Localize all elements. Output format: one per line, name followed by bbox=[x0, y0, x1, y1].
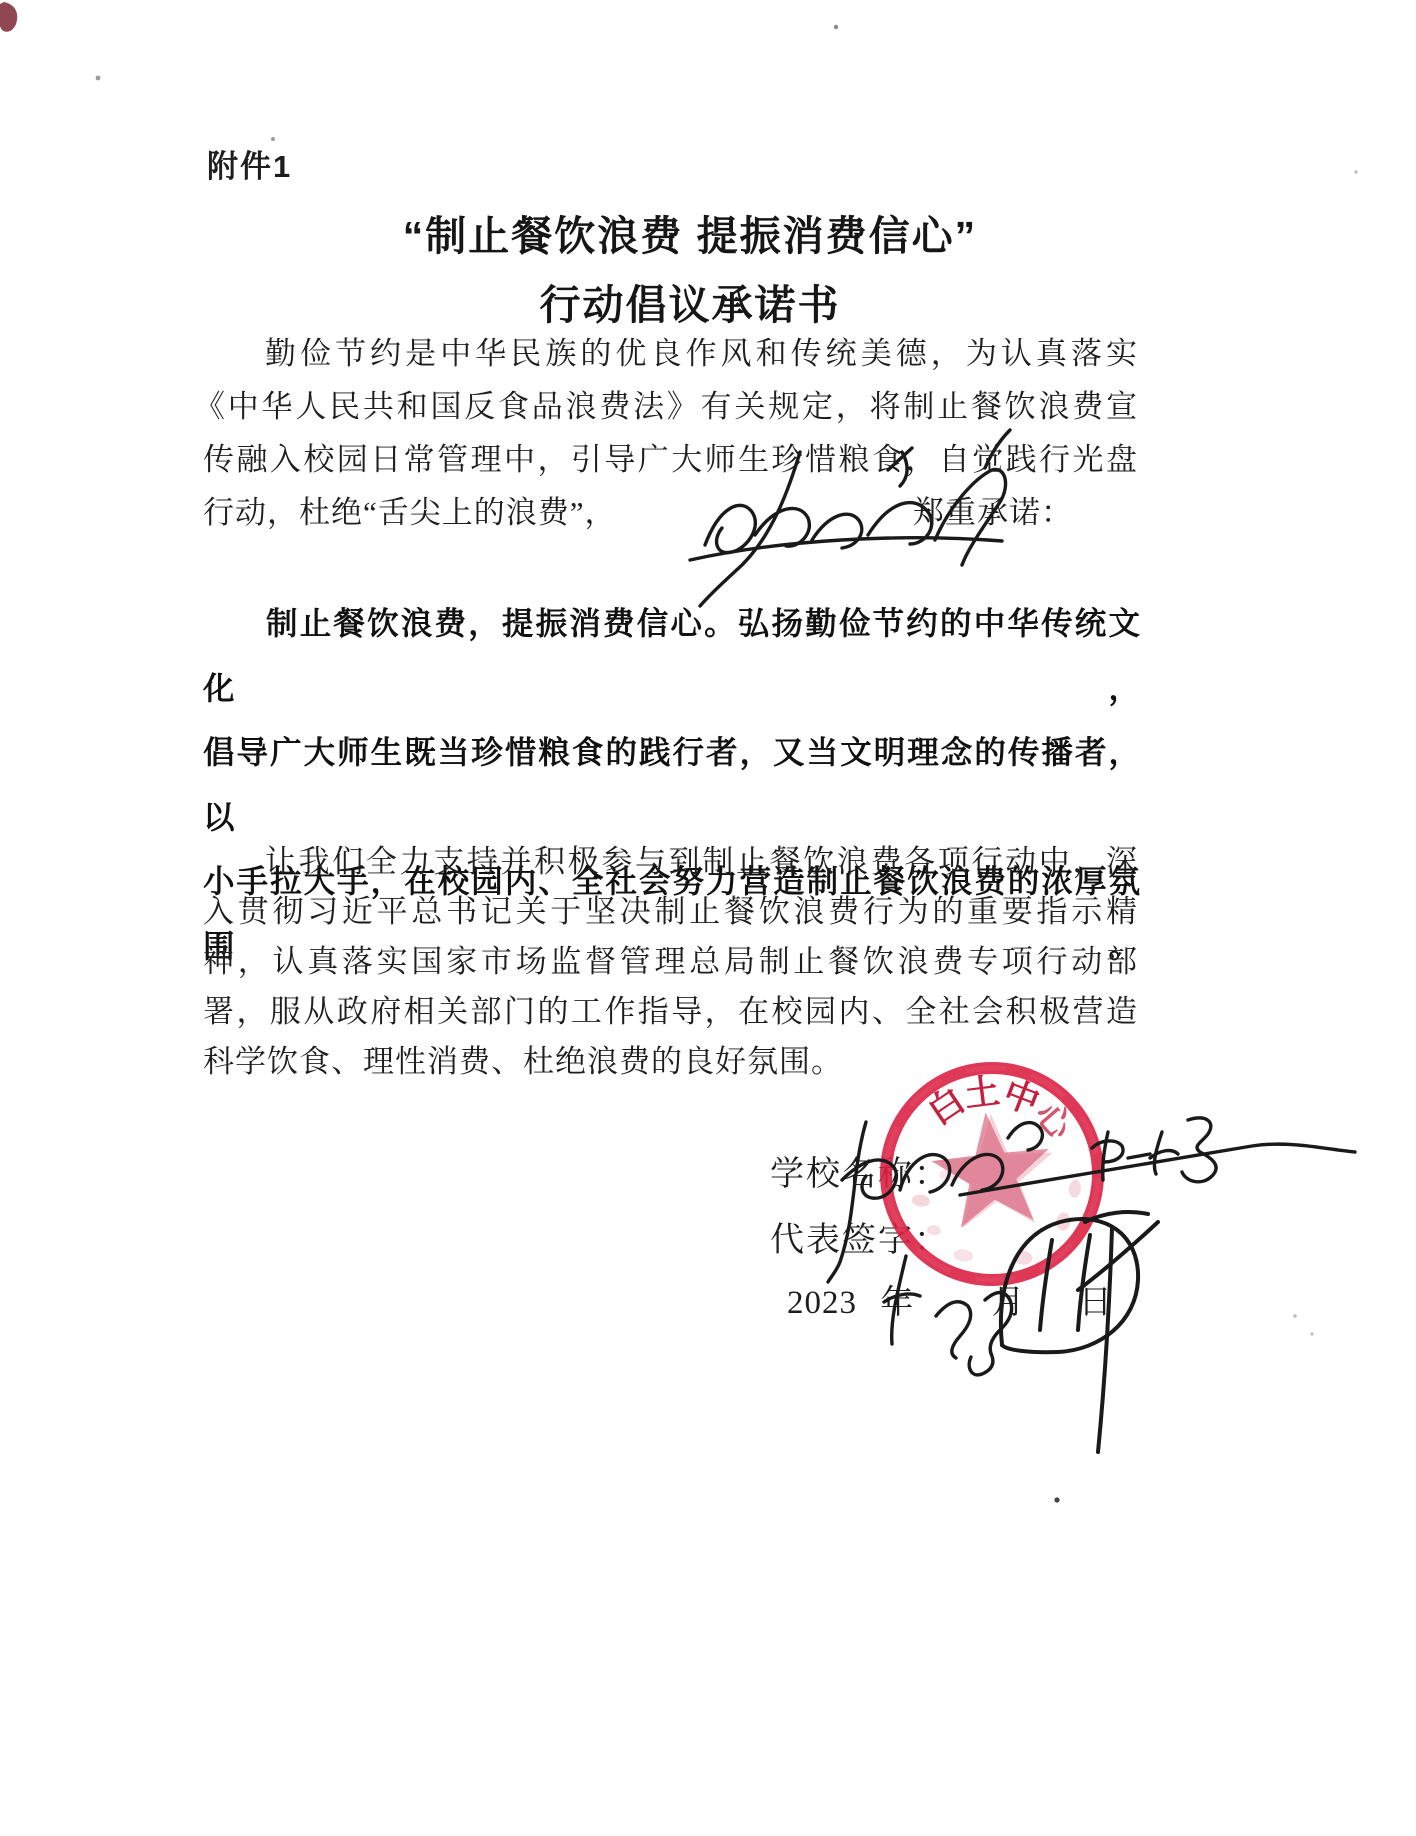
p2-line1: 制止餐饮浪费，提振消费信心。弘扬勤俭节约的中华传统文化， bbox=[203, 591, 1141, 720]
p1-line4-prefix: 行动，杜绝“舌尖上的浪费”， bbox=[203, 486, 617, 539]
attachment-label: 附件1 bbox=[207, 141, 292, 186]
document-title-line1: “制止餐饮浪费 提振消费信心” bbox=[0, 203, 1380, 262]
p3-line2: 入贯彻习近平总书记关于坚决制止餐饮浪费行为的重要指示精 bbox=[203, 887, 1138, 937]
official-red-seal: 白 土 中 心 bbox=[862, 1044, 1122, 1304]
scanned-document-page: 附件1 “制止餐饮浪费 提振消费信心” 行动倡议承诺书 勤俭节约是中华民族的优良… bbox=[0, 0, 1416, 1836]
seal-arc-char: 土 bbox=[962, 1072, 1002, 1115]
document-title-line2: 行动倡议承诺书 bbox=[0, 272, 1380, 331]
paragraph-1-line4: 行动，杜绝“舌尖上的浪费”， 郑重承诺： bbox=[203, 486, 1138, 539]
p1-line1: 勤俭节约是中华民族的优良作风和传统美德，为认真落实 bbox=[203, 327, 1138, 380]
p1-line2: 《中华人民共和国反食品浪费法》有关规定，将制止餐饮浪费宣 bbox=[194, 380, 1138, 433]
p3-line3: 神，认真落实国家市场监督管理总局制止餐饮浪费专项行动部 bbox=[203, 937, 1138, 987]
p1-line3: 传融入校园日常管理中，引导广大师生珍惜粮食，自觉践行光盘 bbox=[203, 433, 1138, 486]
p1-line4-suffix: 郑重承诺： bbox=[913, 486, 1073, 539]
seal-graphic: 白 土 中 心 bbox=[876, 1058, 1109, 1291]
p3-line1: 让我们全力支持并积极参与到制止餐饮浪费各项行动中，深 bbox=[203, 837, 1138, 887]
p3-line4: 署，服从政府相关部门的工作指导，在校园内、全社会积极营造 bbox=[203, 987, 1138, 1037]
date-year: 2023 bbox=[787, 1285, 857, 1321]
p2-line2: 倡导广大师生既当珍惜粮食的践行者，又当文明理念的传播者，以 bbox=[203, 720, 1141, 849]
paragraph-1: 勤俭节约是中华民族的优良作风和传统美德，为认真落实 《中华人民共和国反食品浪费法… bbox=[203, 327, 1138, 486]
